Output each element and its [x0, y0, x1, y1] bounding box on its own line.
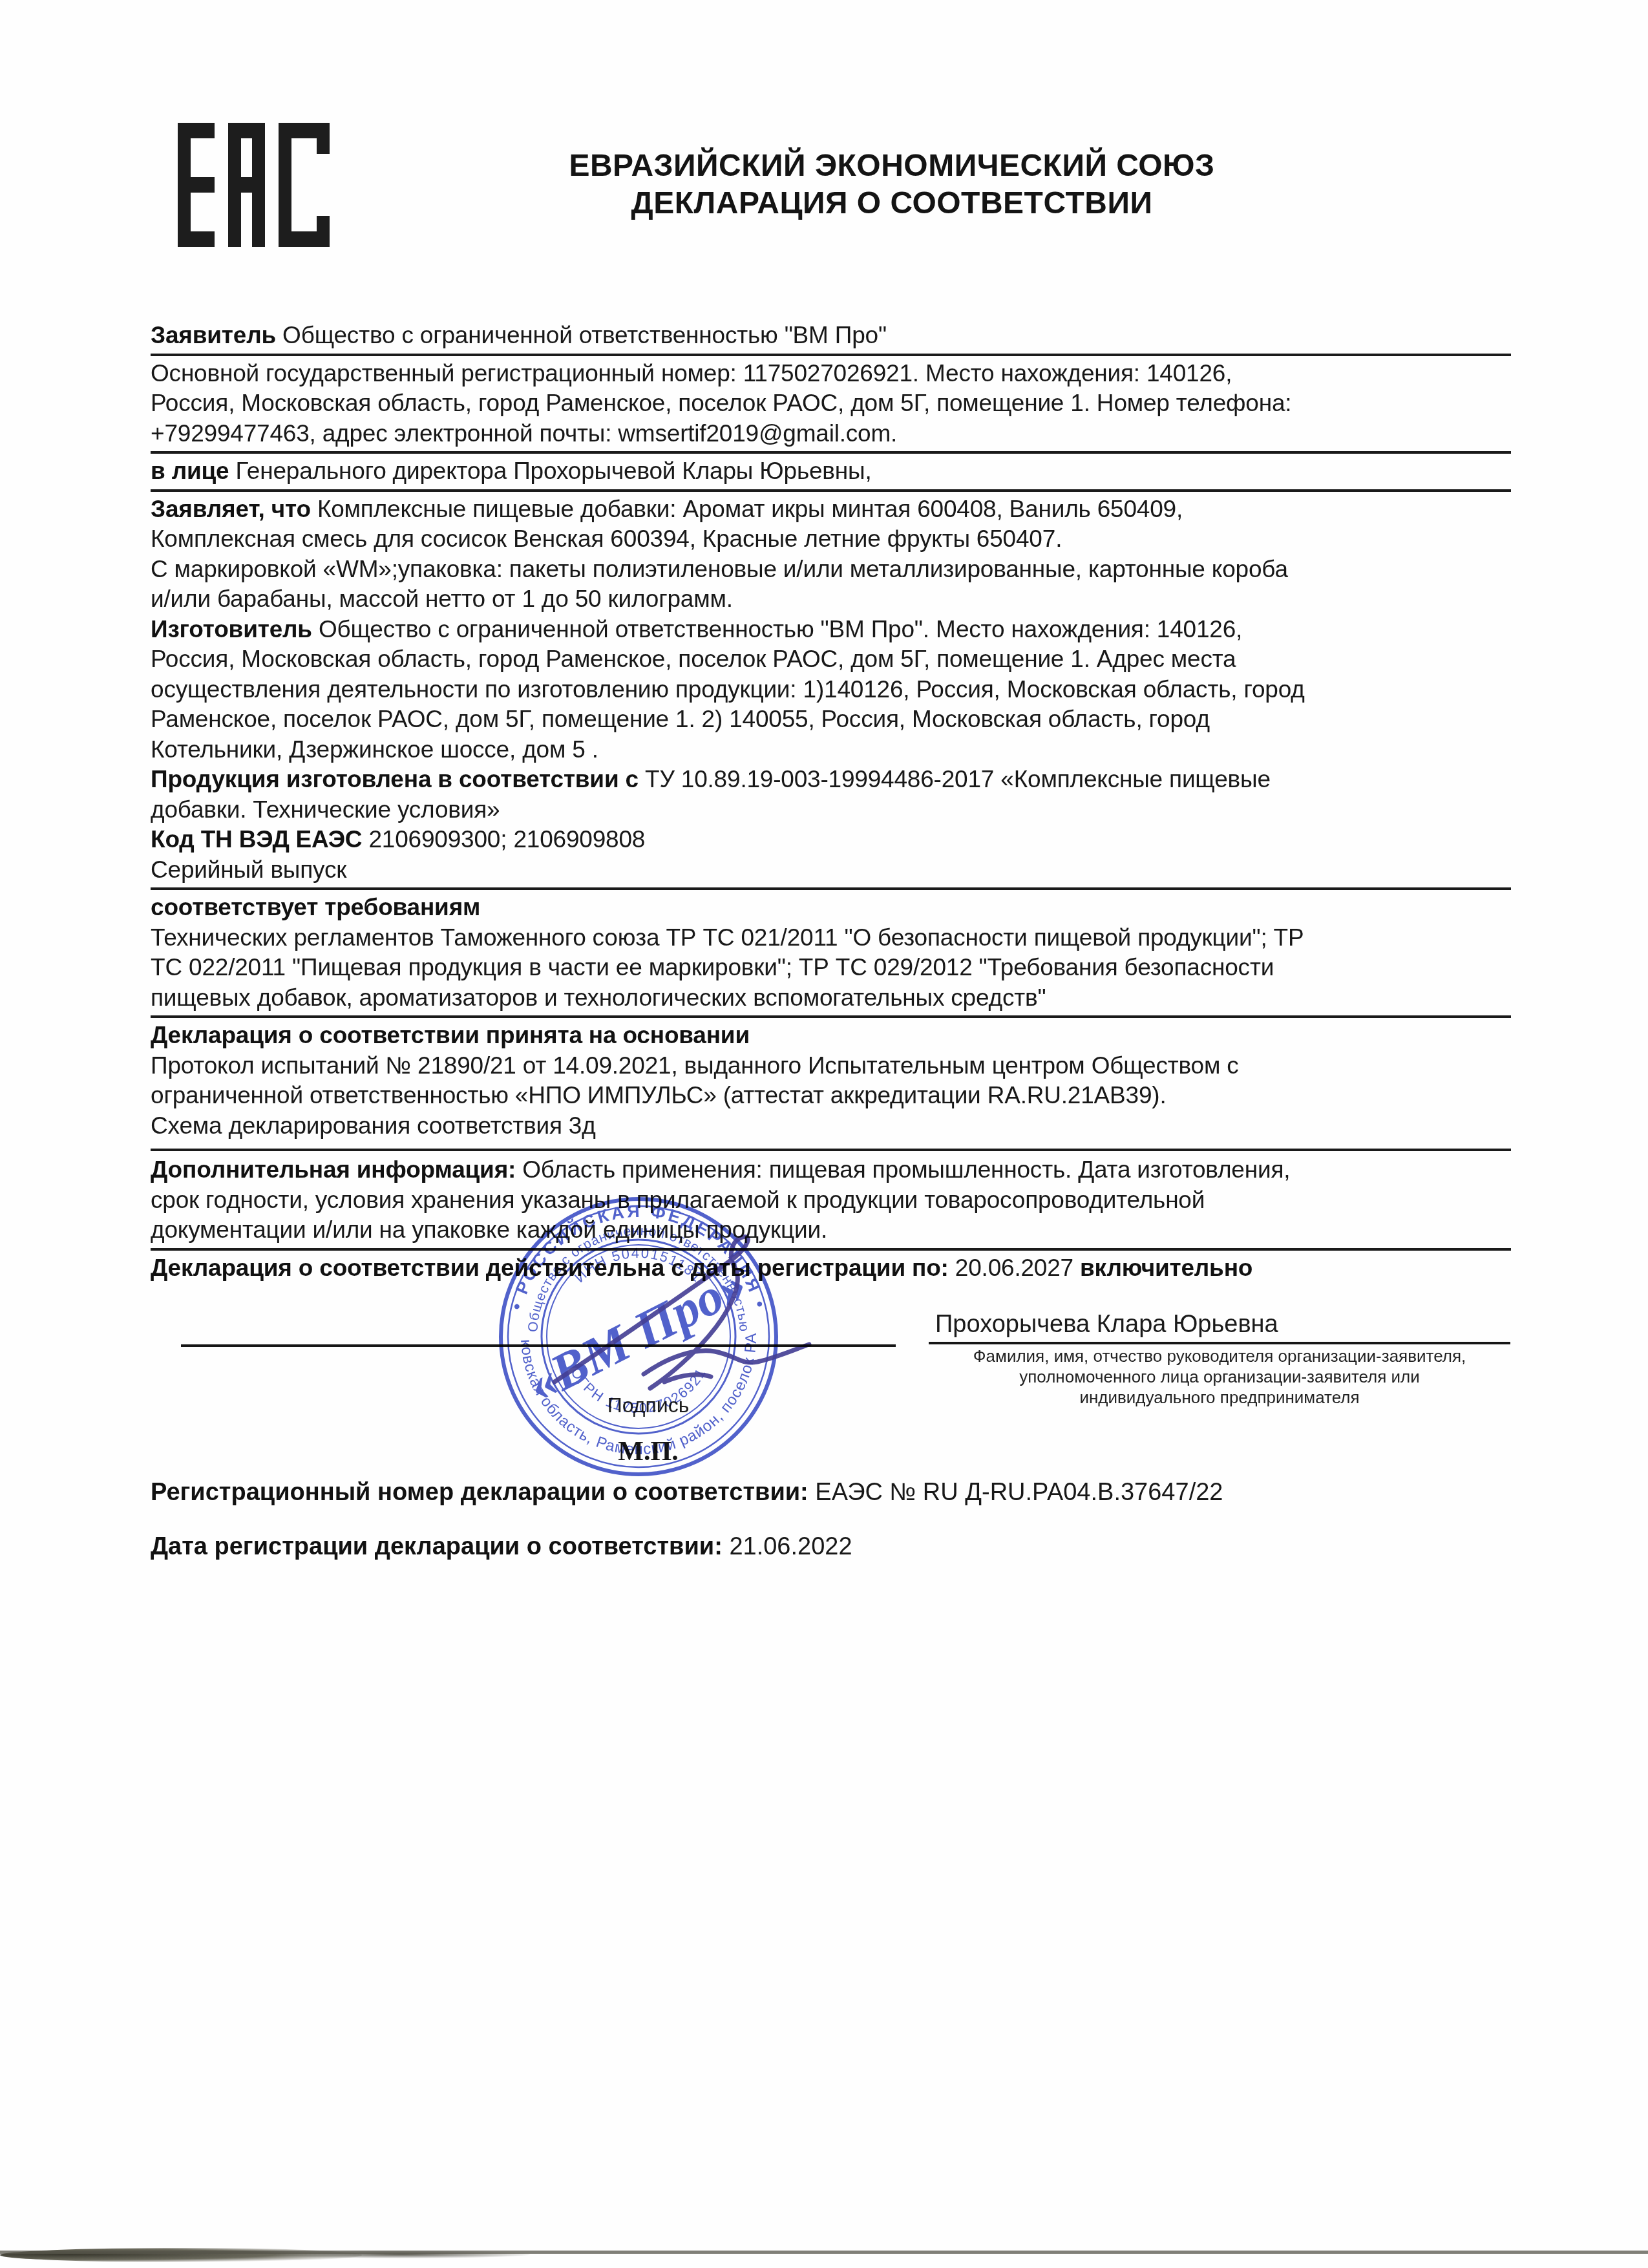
field-produced-per-label: Продукция изготовлена в соответствии с — [151, 766, 639, 792]
signatory-name-line — [929, 1342, 1510, 1344]
field-applicant-details-value: Основной государственный регистрационный… — [151, 360, 1291, 447]
field-produced-per: Продукция изготовлена в соответствии с Т… — [151, 765, 1511, 825]
company-stamp: • РОССИЙСКАЯ ФЕДЕРАЦИЯ • Общество с огра… — [451, 1149, 826, 1524]
registration-number-value: ЕАЭС № RU Д-RU.РА04.В.37647/22 — [808, 1479, 1223, 1506]
registration-date-label: Дата регистрации декларации о соответств… — [151, 1533, 723, 1560]
field-declares-value: Комплексные пищевые добавки: Аромат икры… — [151, 496, 1288, 613]
field-manufacturer-value: Общество с ограниченной ответственностью… — [151, 616, 1305, 763]
field-applicant: Заявитель Общество с ограниченной ответс… — [151, 321, 1511, 356]
field-applicant-details: Основной государственный регистрационный… — [151, 359, 1511, 454]
field-applicant-value: Общество с ограниченной ответственностью… — [276, 322, 887, 348]
field-scheme: Схема декларирования соответствия 3д — [151, 1111, 1511, 1152]
field-validity-suffix: включительно — [1080, 1255, 1252, 1281]
field-manufacturer-label: Изготовитель — [151, 616, 312, 642]
field-regulations-value: Технических регламентов Таможенного союз… — [151, 924, 1304, 1011]
signatory-name: Прохорычева Клара Юрьевна — [935, 1311, 1278, 1339]
field-scheme-value: Схема декларирования соответствия 3д — [151, 1112, 596, 1139]
title-line-2: ДЕКЛАРАЦИЯ О СООТВЕТСТВИИ — [388, 185, 1396, 222]
document-body: Заявитель Общество с ограниченной ответс… — [151, 321, 1511, 1283]
field-serial-release-value: Серийный выпуск — [151, 856, 346, 883]
registration-number-line: Регистрационный номер декларации о соотв… — [151, 1479, 1223, 1507]
scan-edge-line — [0, 2251, 1648, 2254]
signatory-caption: Фамилия, имя, отчество руководителя орга… — [929, 1346, 1510, 1408]
field-validity: Декларация о соответствии действительна … — [151, 1253, 1511, 1284]
eac-logo — [178, 123, 330, 247]
field-basis-protocol: Протокол испытаний № 21890/21 от 14.09.2… — [151, 1051, 1511, 1111]
field-regulations: Технических регламентов Таможенного союз… — [151, 923, 1511, 1019]
field-applicant-label: Заявитель — [151, 322, 276, 348]
declaration-scan-page: ЕВРАЗИЙСКИЙ ЭКОНОМИЧЕСКИЙ СОЮЗ ДЕКЛАРАЦИ… — [0, 0, 1648, 2268]
field-basis-heading-label: Декларация о соответствии принята на осн… — [151, 1022, 750, 1048]
registration-date-line: Дата регистрации декларации о соответств… — [151, 1533, 852, 1561]
field-basis-protocol-value: Протокол испытаний № 21890/21 от 14.09.2… — [151, 1052, 1239, 1109]
field-tnved-value: 2106909300; 2106909808 — [362, 826, 645, 853]
field-declares-label: Заявляет, что — [151, 496, 311, 522]
field-complies-heading: соответствует требованиям — [151, 893, 1511, 923]
field-tnved-code: Код ТН ВЭД ЕАЭС 2106909300; 2106909808 — [151, 825, 1511, 855]
field-validity-date: 20.06.2027 — [949, 1255, 1080, 1281]
field-manufacturer: Изготовитель Общество с ограниченной отв… — [151, 615, 1511, 765]
field-director: в лице Генерального директора Прохорычев… — [151, 456, 1511, 492]
field-declares: Заявляет, что Комплексные пищевые добавк… — [151, 494, 1511, 615]
title-line-1: ЕВРАЗИЙСКИЙ ЭКОНОМИЧЕСКИЙ СОЮЗ — [388, 147, 1396, 185]
field-complies-heading-label: соответствует требованиям — [151, 894, 480, 920]
registration-number-label: Регистрационный номер декларации о соотв… — [151, 1479, 808, 1506]
registration-date-value: 21.06.2022 — [723, 1533, 852, 1560]
field-director-label: в лице — [151, 458, 229, 484]
field-additional-info: Дополнительная информация: Область приме… — [151, 1155, 1511, 1251]
document-title: ЕВРАЗИЙСКИЙ ЭКОНОМИЧЕСКИЙ СОЮЗ ДЕКЛАРАЦИ… — [388, 147, 1396, 222]
field-director-value: Генерального директора Прохорычевой Клар… — [229, 458, 871, 484]
field-tnved-label: Код ТН ВЭД ЕАЭС — [151, 826, 362, 853]
field-serial-release: Серийный выпуск — [151, 855, 1511, 891]
field-basis-heading: Декларация о соответствии принята на осн… — [151, 1021, 1511, 1051]
